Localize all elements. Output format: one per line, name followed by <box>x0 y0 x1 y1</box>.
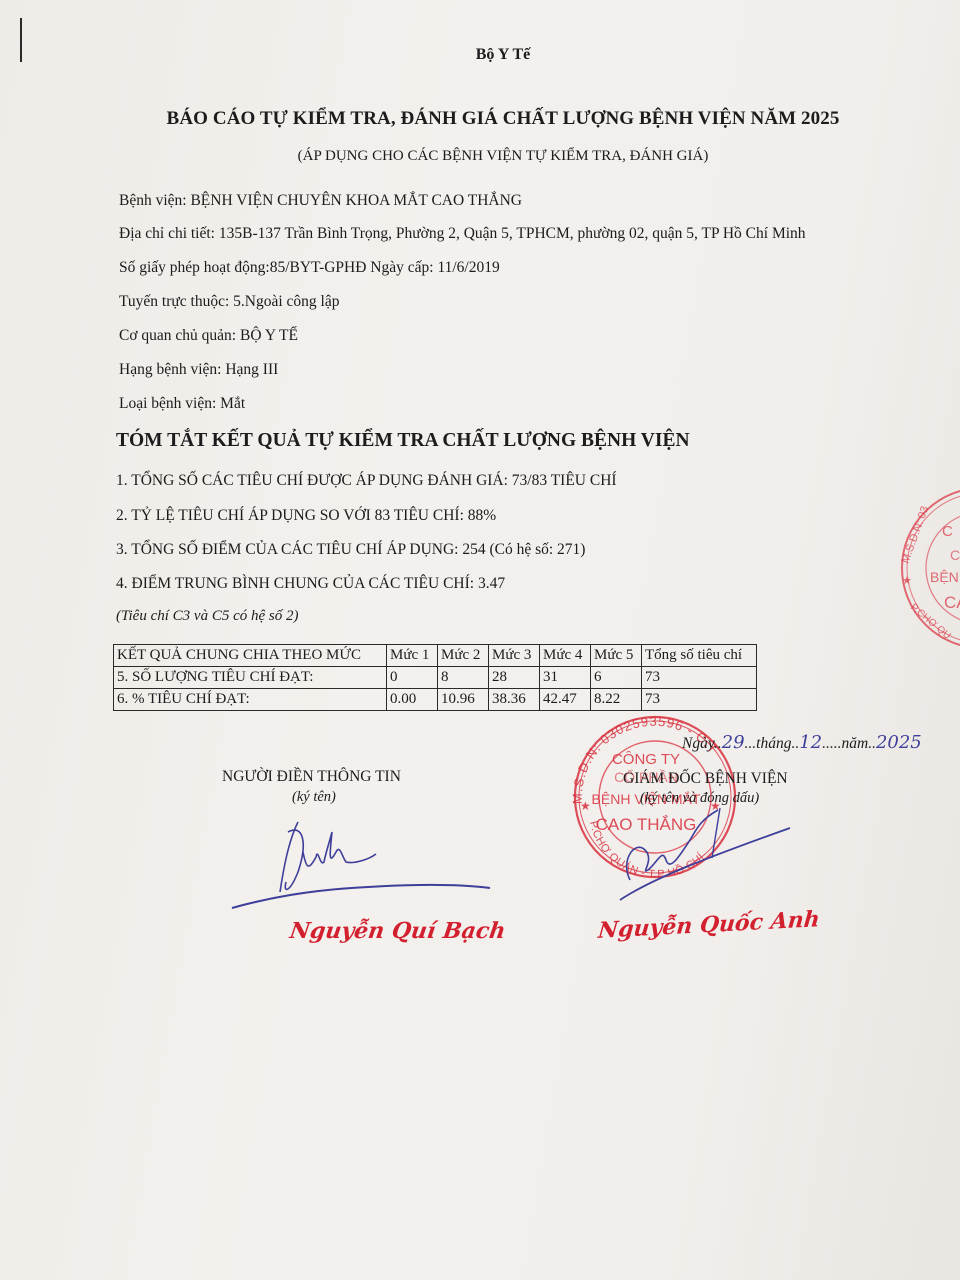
info-license: Số giấy phép hoạt động:85/BYT-GPHĐ Ngày … <box>119 259 500 277</box>
svg-text:CÔNG TY: CÔNG TY <box>612 751 680 768</box>
report-title: BÁO CÁO TỰ KIỂM TRA, ĐÁNH GIÁ CHẤT LƯỢNG… <box>0 108 960 130</box>
table-cell: 6 <box>591 667 642 689</box>
table-row: 6. % TIÊU CHÍ ĐẠT: 0.00 10.96 38.36 42.4… <box>114 689 757 711</box>
svg-text:★: ★ <box>902 575 912 587</box>
table-cell: 31 <box>540 667 591 689</box>
info-value: Mắt <box>220 395 245 412</box>
table-row: 5. SỐ LƯỢNG TIÊU CHÍ ĐẠT: 0 8 28 31 6 73 <box>114 667 757 689</box>
signing-date: Ngày..29...tháng..12.....năm..2025 <box>682 732 922 753</box>
table-cell: 28 <box>489 667 540 689</box>
table-cell: 73 <box>642 667 757 689</box>
table-cell: 8 <box>438 667 489 689</box>
svg-text:CA: CA <box>944 593 960 612</box>
info-value: Hạng III <box>225 361 278 378</box>
table-cell: 6. % TIÊU CHÍ ĐẠT: <box>114 689 387 711</box>
table-header-cell: KẾT QUẢ CHUNG CHIA THEO MỨC <box>114 645 387 667</box>
document-page: Bộ Y Tế BÁO CÁO TỰ KIỂM TRA, ĐÁNH GIÁ CH… <box>0 0 960 1280</box>
info-label: Loại bệnh viện: <box>119 395 216 412</box>
results-table: KẾT QUẢ CHUNG CHIA THEO MỨC Mức 1 Mức 2 … <box>113 644 757 711</box>
table-header-cell: Mức 2 <box>438 645 489 667</box>
info-tier: Tuyến trực thuộc: 5.Ngoài công lập <box>119 293 340 311</box>
table-cell: 73 <box>642 689 757 711</box>
table-cell: 8.22 <box>591 689 642 711</box>
info-hospital-name: Bệnh viện: BỆNH VIỆN CHUYÊN KHOA MẮT CAO… <box>119 192 522 210</box>
date-day-value: 29 <box>722 732 745 753</box>
info-value: 135B-137 Trần Bình Trọng, Phường 2, Quận… <box>219 225 806 242</box>
table-header-cell: Mức 4 <box>540 645 591 667</box>
table-cell: 5. SỐ LƯỢNG TIÊU CHÍ ĐẠT: <box>114 667 387 689</box>
info-type: Loại bệnh viện: Mắt <box>119 395 245 413</box>
date-day-label: Ngày <box>682 735 714 752</box>
summary-item: 4. ĐIỂM TRUNG BÌNH CHUNG CỦA CÁC TIÊU CH… <box>116 575 505 593</box>
info-label: Bệnh viện: <box>119 192 187 209</box>
ministry-header: Bộ Y Tế <box>0 46 960 64</box>
table-header-cell: Mức 1 <box>387 645 438 667</box>
svg-text:C: C <box>942 523 953 540</box>
info-value: BỘ Y TẾ <box>240 327 298 344</box>
table-cell: 0 <box>387 667 438 689</box>
partial-stamp-icon: C C BỆN CA ★ M.S.D.N: 03 P.CHỢ QU <box>896 484 960 654</box>
table-cell: 38.36 <box>489 689 540 711</box>
svg-text:C: C <box>950 547 960 563</box>
summary-title: TÓM TẮT KẾT QUẢ TỰ KIỂM TRA CHẤT LƯỢNG B… <box>116 430 690 452</box>
info-label: Tuyến trực thuộc: <box>119 293 229 310</box>
info-address: Địa chỉ chi tiết: 135B-137 Trần Bình Trọ… <box>119 225 806 243</box>
report-subtitle: (ÁP DỤNG CHO CÁC BỆNH VIỆN TỰ KIỂM TRA, … <box>0 148 960 165</box>
info-value: 5.Ngoài công lập <box>233 293 339 310</box>
summary-item: 2. TỶ LỆ TIÊU CHÍ ÁP DỤNG SO VỚI 83 TIÊU… <box>116 507 496 525</box>
director-signature-icon <box>600 800 810 910</box>
table-header-row: KẾT QUẢ CHUNG CHIA THEO MỨC Mức 1 Mức 2 … <box>114 645 757 667</box>
table-cell: 42.47 <box>540 689 591 711</box>
info-value: 85/BYT-GPHĐ Ngày cấp: 11/6/2019 <box>270 259 500 276</box>
info-value: BỆNH VIỆN CHUYÊN KHOA MẮT CAO THẮNG <box>190 192 522 209</box>
director-name: Nguyễn Quốc Anh <box>597 906 821 944</box>
date-year-label: năm <box>842 735 869 752</box>
svg-text:BỆN: BỆN <box>930 569 959 585</box>
filler-subtitle: (ký tên) <box>292 789 336 806</box>
director-title: GIÁM ĐỐC BỆNH VIỆN <box>623 770 788 788</box>
table-header-cell: Tổng số tiêu chí <box>642 645 757 667</box>
filler-name: Nguyễn Quí Bạch <box>288 918 507 944</box>
table-header-cell: Mức 5 <box>591 645 642 667</box>
table-cell: 0.00 <box>387 689 438 711</box>
info-label: Hạng bệnh viện: <box>119 361 221 378</box>
info-label: Số giấy phép hoạt động: <box>119 259 270 276</box>
info-label: Cơ quan chủ quản: <box>119 327 236 344</box>
info-label: Địa chỉ chi tiết: <box>119 225 215 242</box>
date-month-value: 12 <box>799 732 822 753</box>
date-year-value: 2025 <box>876 732 922 753</box>
coefficient-note: (Tiêu chí C3 và C5 có hệ số 2) <box>116 608 298 625</box>
summary-item: 1. TỔNG SỐ CÁC TIÊU CHÍ ĐƯỢC ÁP DỤNG ĐÁN… <box>116 472 617 490</box>
summary-item: 3. TỔNG SỐ ĐIỂM CỦA CÁC TIÊU CHÍ ÁP DỤNG… <box>116 541 585 559</box>
svg-text:M.S.D.N: 03: M.S.D.N: 03 <box>900 505 932 565</box>
table-header-cell: Mức 3 <box>489 645 540 667</box>
svg-text:P.CHỢ QU: P.CHỢ QU <box>908 602 953 642</box>
table-cell: 10.96 <box>438 689 489 711</box>
info-rank: Hạng bệnh viện: Hạng III <box>119 361 278 379</box>
info-governing-body: Cơ quan chủ quản: BỘ Y TẾ <box>119 327 298 345</box>
director-subtitle: (ký tên và đóng dấu) <box>640 790 759 807</box>
svg-text:★: ★ <box>580 799 591 813</box>
date-month-label: tháng <box>756 735 791 752</box>
filler-signature-icon <box>228 812 498 912</box>
svg-text:CAO THẮNG: CAO THẮNG <box>596 815 697 834</box>
filler-title: NGƯỜI ĐIỀN THÔNG TIN <box>222 768 401 786</box>
